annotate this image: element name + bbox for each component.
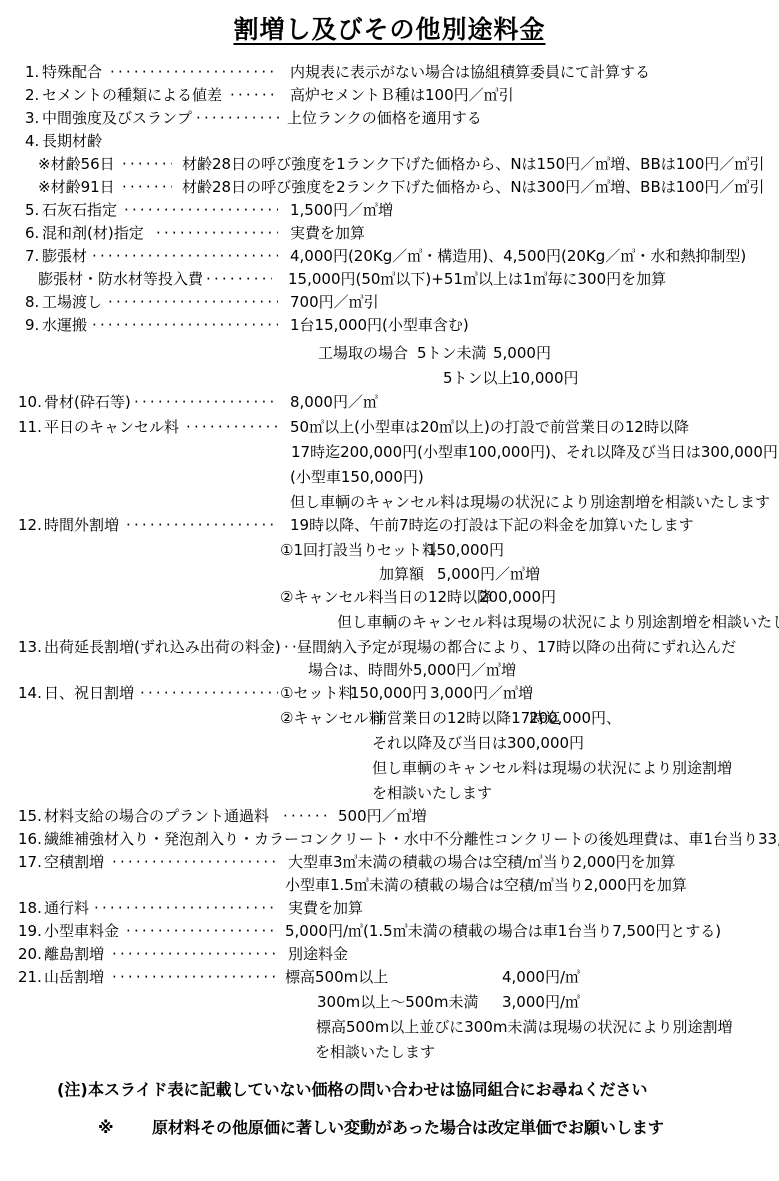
item-1-number: 1.	[25, 62, 39, 82]
item-9-under5t-cond: 5トン未満	[417, 343, 487, 363]
item-4-sub2-label: ※材齢91日	[38, 177, 115, 197]
item-9-factory-pickup-label: 工場取の場合	[318, 343, 408, 363]
item-17-label: 空積割増	[44, 852, 104, 872]
item-6-label: 混和剤(材)指定	[42, 223, 144, 243]
item-3-label: 中間強度及びスランプ	[42, 108, 192, 128]
item-5-label: 石灰石指定	[42, 200, 117, 220]
item-4-number: 4.	[25, 131, 39, 151]
item-21-number: 21.	[18, 967, 42, 987]
footnote-2-marker: ※	[98, 1118, 114, 1138]
footnote-2-text: 原材料その他原価に著しい変動があった場合は改定単価でお願いします	[152, 1118, 664, 1138]
item-18-leader: ········································…	[94, 898, 278, 918]
item-11-cont-1: 17時迄200,000円(小型車100,000円)、それ以降及び当日は300,0…	[291, 442, 778, 462]
item-14-cont-1: それ以降及び当日は300,000円	[372, 733, 584, 753]
item-12-sub1-head: ①1回打設当り	[280, 540, 378, 560]
item-8-number: 8.	[25, 292, 39, 312]
item-7-sub-leader: ········································…	[206, 269, 272, 289]
item-4-sub1-label: ※材齢56日	[38, 154, 115, 174]
item-4-sub1-value: 材齢28日の呼び強度を1ランク下げた価格から、Nは150円／㎥増、BBは100円…	[182, 154, 764, 174]
page-title: 割増し及びその他別途料金	[0, 10, 779, 46]
item-12-set-fee-price: 150,000円	[427, 540, 504, 560]
item-17-leader: ········································…	[112, 852, 278, 872]
item-10-value: 8,000円／㎥	[290, 392, 378, 412]
item-1-leader: ········································…	[110, 62, 278, 82]
item-6-leader: ········································…	[156, 223, 278, 243]
item-12-sub2-head: ②キャンセル料	[280, 587, 383, 607]
item-14-sub2-head: ②キャンセル料	[280, 708, 383, 728]
item-15-number: 15.	[18, 806, 42, 826]
item-15-value: 500円／㎥増	[338, 806, 427, 826]
item-12-number: 12.	[18, 515, 42, 535]
item-12-cancel-cond: 当日の12時以降	[383, 587, 492, 607]
item-5-value: 1,500円／㎥増	[290, 200, 393, 220]
item-14-label: 日、祝日割増	[44, 683, 134, 703]
item-7-leader: ········································…	[92, 246, 278, 266]
item-11-number: 11.	[18, 417, 42, 437]
item-14-sub1-head: ①セット料	[280, 683, 353, 703]
item-6-value: 実費を加算	[290, 223, 365, 243]
item-13-cont-1: 場合は、時間外5,000円／㎥増	[308, 660, 516, 680]
item-15-leader: ········································…	[283, 806, 327, 826]
item-11-value: 50㎥以上(小型車は20㎥以上)の打設で前営業日の12時以降	[290, 417, 689, 437]
footnote-1-marker: (注)	[57, 1080, 88, 1100]
item-13-label: 出荷延長割増(ずれ込み出荷の料金)	[44, 637, 281, 657]
item-3-number: 3.	[25, 108, 39, 128]
item-12-add-fee-price: 5,000円／㎥増	[437, 564, 540, 584]
item-11-label: 平日のキャンセル料	[44, 417, 179, 437]
item-3-leader: ········································…	[196, 108, 284, 128]
item-10-number: 10.	[18, 392, 42, 412]
item-18-number: 18.	[18, 898, 42, 918]
item-21-alt2-cond: 300m以上～500m未満	[317, 992, 479, 1012]
item-1-label: 特殊配合	[42, 62, 102, 82]
item-14-leader: ········································…	[140, 683, 278, 703]
item-8-leader: ········································…	[108, 292, 278, 312]
item-21-note-2: を相談いたします	[315, 1042, 435, 1062]
item-13-leader: ········································…	[284, 637, 296, 657]
item-8-value: 700円／㎥引	[290, 292, 379, 312]
item-14-set-fee-price: 150,000円	[350, 683, 427, 703]
item-20-number: 20.	[18, 944, 42, 964]
item-14-cancel-price: 200,000円、	[529, 708, 621, 728]
item-20-label: 離島割増	[44, 944, 104, 964]
item-4-sub1-leader: ········································…	[122, 154, 172, 174]
item-12-value: 19時以降、午前7時迄の打設は下記の料金を加算いたします	[290, 515, 694, 535]
item-12-cancel-price: 200,000円	[479, 587, 556, 607]
item-16-label: 繊維補強材入り・発泡剤入り・カラーコンクリート・水中不分離性コンクリートの後処理…	[44, 829, 779, 849]
item-9-label: 水運搬	[42, 315, 87, 335]
item-4-sub2-leader: ········································…	[122, 177, 172, 197]
item-4-label: 長期材齢	[42, 131, 102, 151]
item-9-value: 1台15,000円(小型車含む)	[290, 315, 469, 335]
item-13-value: 昼間納入予定が現場の都合により、17時以降の出荷にずれ込んだ	[297, 637, 736, 657]
item-20-leader: ········································…	[112, 944, 278, 964]
item-2-number: 2.	[25, 85, 39, 105]
item-6-number: 6.	[25, 223, 39, 243]
item-14-add-fee-price: 3,000円／㎥増	[430, 683, 533, 703]
item-18-value: 実費を加算	[288, 898, 363, 918]
item-5-number: 5.	[25, 200, 39, 220]
item-9-under5t-price: 5,000円	[493, 343, 551, 363]
item-7-sub-value: 15,000円(50㎥以下)+51㎥以上は1㎥毎に300円を加算	[288, 269, 666, 289]
item-21-label: 山岳割増	[44, 967, 104, 987]
item-13-number: 13.	[18, 637, 42, 657]
item-2-leader: ········································…	[230, 85, 278, 105]
item-3-value: 上位ランクの価格を適用する	[287, 108, 482, 128]
item-9-number: 9.	[25, 315, 39, 335]
item-17-value: 大型車3㎥未満の積載の場合は空積/㎥当り2,000円を加算	[288, 852, 676, 872]
item-12-add-fee-label: 加算額	[379, 564, 424, 584]
item-5-leader: ········································…	[124, 200, 278, 220]
item-19-value: 5,000円/㎥(1.5㎥未満の積載の場合は車1台当り7,500円とする)	[285, 921, 721, 941]
item-14-note-1: 但し車輌のキャンセル料は現場の状況により別途割増	[372, 758, 732, 778]
item-21-leader: ········································…	[112, 967, 278, 987]
item-12-note: 但し車輌のキャンセル料は現場の状況により別途割増を相談いたします	[337, 612, 779, 632]
item-20-value: 別途料金	[288, 944, 348, 964]
footnote-1-text: 本スライド表に記載していない価格の問い合わせは協同組合にお尋ねください	[88, 1080, 648, 1100]
document-page: 割増し及びその他別途料金 1. 特殊配合 ···················…	[0, 0, 779, 1181]
item-21-alt1-cond: 標高500m以上	[285, 967, 388, 987]
item-9-leader: ········································…	[92, 315, 278, 335]
item-1-value: 内規表に表示がない場合は協組積算委員にて計算する	[290, 62, 650, 82]
item-21-alt2-price: 3,000円/㎥	[502, 992, 580, 1012]
item-9-over5t-cond: 5トン以上	[443, 368, 513, 388]
item-11-note: 但し車輌のキャンセル料は現場の状況により別途割増を相談いたします	[290, 492, 770, 512]
item-19-label: 小型車料金	[44, 921, 119, 941]
item-10-leader: ········································…	[134, 392, 278, 412]
item-14-note-2: を相談いたします	[372, 783, 492, 803]
item-7-value: 4,000円(20Kg／㎥・構造用)、4,500円(20Kg／㎥・水和熱抑制型)	[290, 246, 746, 266]
item-19-number: 19.	[18, 921, 42, 941]
item-9-over5t-price: 10,000円	[511, 368, 579, 388]
item-12-label: 時間外割増	[44, 515, 119, 535]
item-11-leader: ········································…	[186, 417, 278, 437]
item-4-sub2-value: 材齢28日の呼び強度を2ランク下げた価格から、Nは300円／㎥増、BBは100円…	[182, 177, 764, 197]
item-7-sub-label: 膨張材・防水材等投入費	[38, 269, 203, 289]
item-19-leader: ········································…	[126, 921, 278, 941]
item-21-note-1: 標高500m以上並びに300m未満は現場の状況により別途割増	[316, 1017, 733, 1037]
item-7-number: 7.	[25, 246, 39, 266]
item-14-number: 14.	[18, 683, 42, 703]
item-2-label: セメントの種類による値差	[42, 85, 222, 105]
item-17-cont-1: 小型車1.5㎥未満の積載の場合は空積/㎥当り2,000円を加算	[285, 875, 687, 895]
item-2-value: 高炉セメントＢ種は100円／㎥引	[290, 85, 514, 105]
item-7-label: 膨張材	[42, 246, 87, 266]
item-21-alt1-price: 4,000円/㎥	[502, 967, 580, 987]
item-12-leader: ········································…	[126, 515, 278, 535]
item-10-label: 骨材(砕石等)	[44, 392, 131, 412]
item-8-label: 工場渡し	[42, 292, 102, 312]
item-18-label: 通行料	[44, 898, 89, 918]
item-17-number: 17.	[18, 852, 42, 872]
item-15-label: 材料支給の場合のプラント通過料	[44, 806, 269, 826]
item-11-cont-2: (小型車150,000円)	[290, 467, 424, 487]
item-16-number: 16.	[18, 829, 42, 849]
